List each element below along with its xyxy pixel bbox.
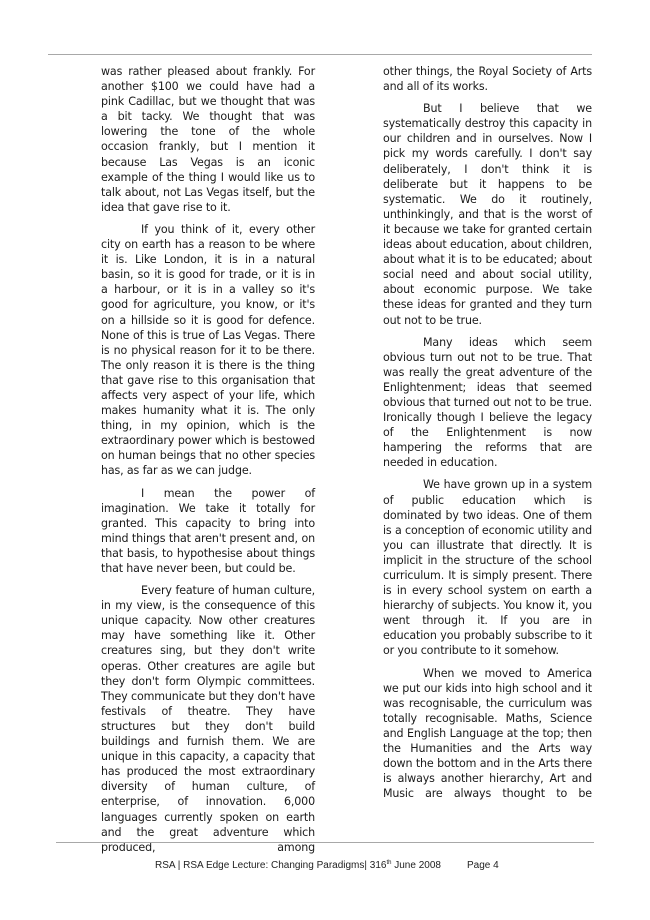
paragraph: We have grown up in a system of public e…: [383, 477, 592, 658]
paragraph: Many ideas which seem obvious turn out n…: [383, 335, 592, 471]
header-rule: [48, 54, 592, 55]
footer-title: RSA | RSA Edge Lecture: Changing Paradig…: [155, 860, 441, 871]
footer-rule: [56, 842, 594, 843]
left-text-column: was rather pleased about frankly. For an…: [101, 64, 315, 862]
paragraph: was rather pleased about frankly. For an…: [101, 64, 315, 215]
paragraph: When we moved to America we put our kids…: [383, 666, 592, 802]
paragraph: I mean the power of imagination. We take…: [101, 486, 315, 577]
paragraph: If you think of it, every other city on …: [101, 222, 315, 479]
page-number: Page 4: [467, 860, 499, 871]
footer-title-prefix: RSA | RSA Edge Lecture: Changing Paradig…: [155, 860, 386, 871]
right-text-column: other things, the Royal Society of Arts …: [383, 64, 592, 808]
document-page: was rather pleased about frankly. For an…: [0, 0, 650, 920]
paragraph: other things, the Royal Society of Arts …: [383, 64, 592, 94]
paragraph: Every feature of human culture, in my vi…: [101, 583, 315, 855]
paragraph: But I believe that we systematically des…: [383, 101, 592, 327]
footer-title-suffix: June 2008: [391, 860, 441, 871]
